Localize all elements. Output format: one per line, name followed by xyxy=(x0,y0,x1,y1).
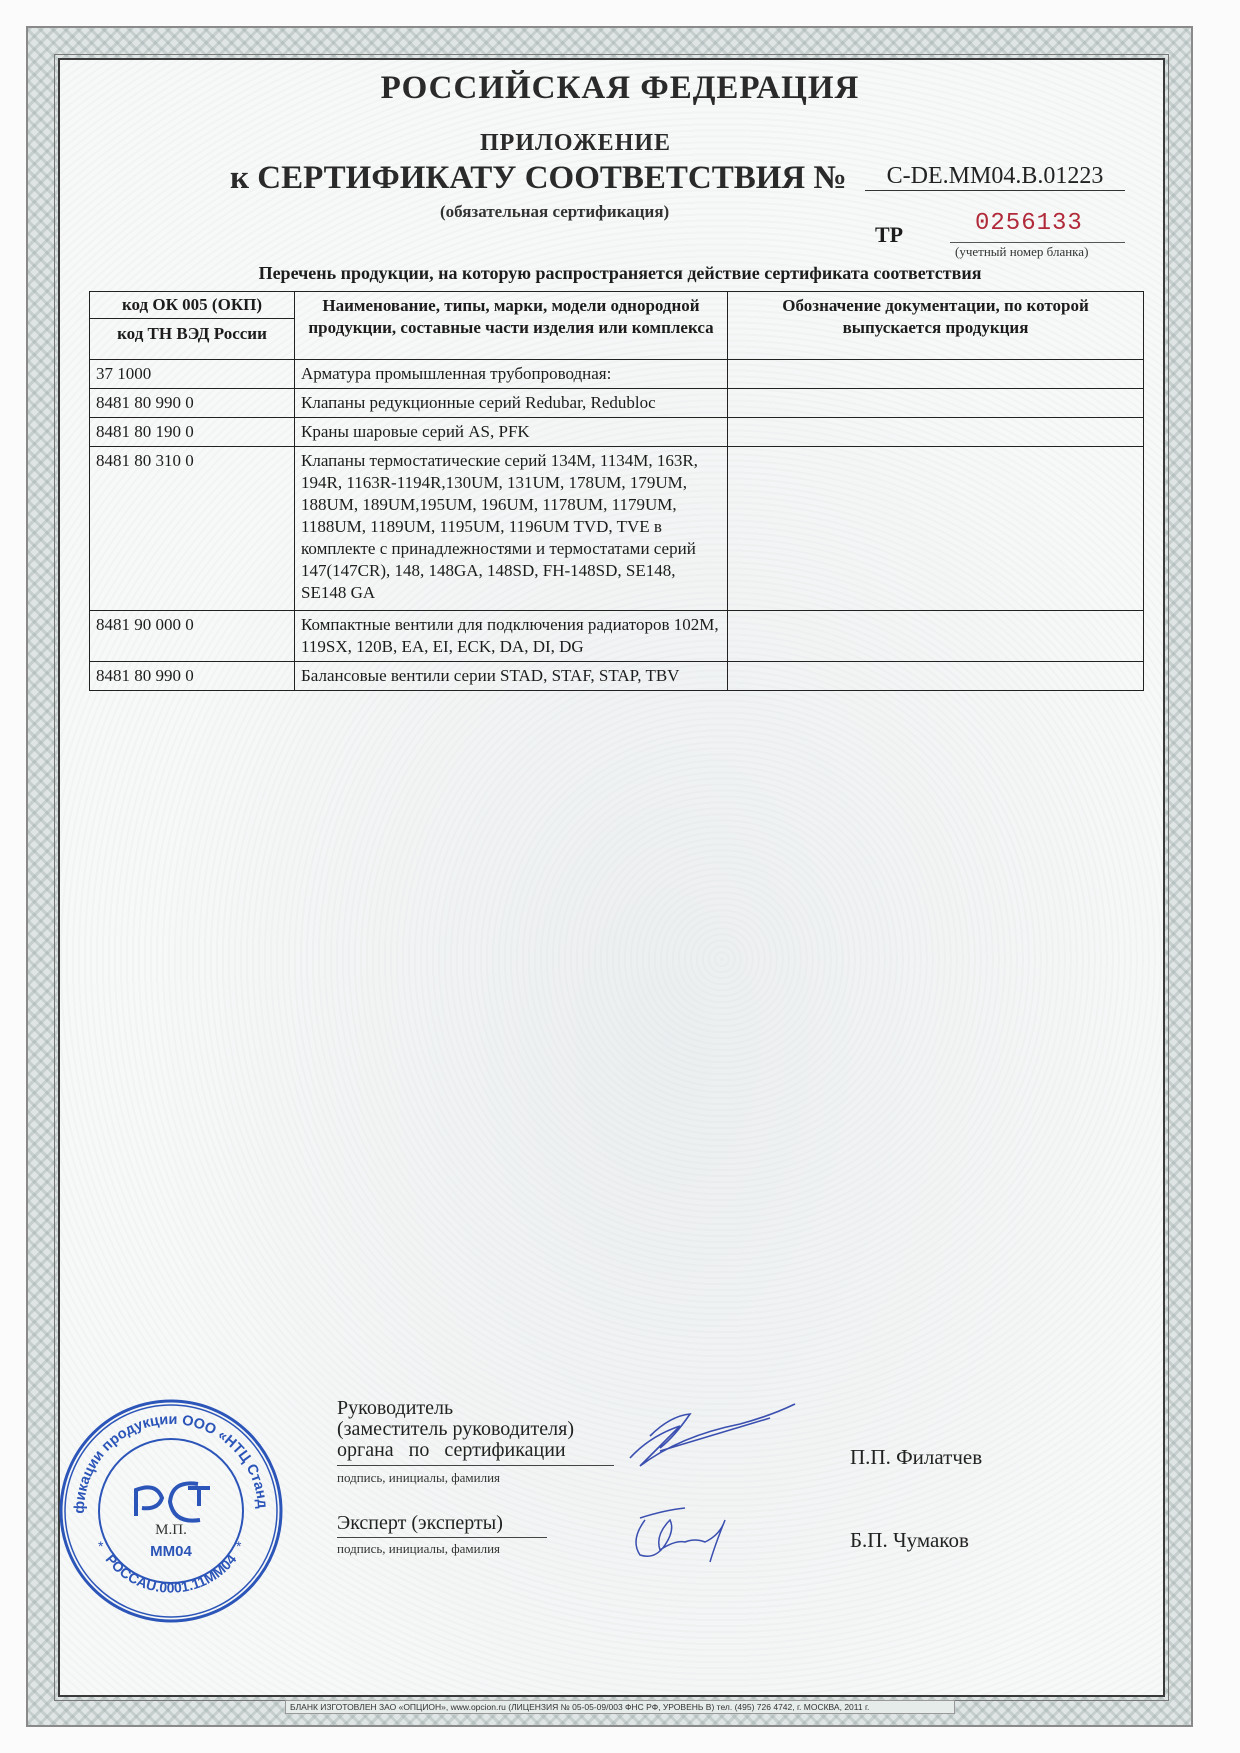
expert-caption: подпись, инициалы, фамилия xyxy=(337,1541,500,1557)
blank-number: 0256133 xyxy=(975,210,1083,237)
table-row: 8481 90 000 0Компактные вентили для подк… xyxy=(90,611,1144,662)
expert-name: Б.П. Чумаков xyxy=(850,1530,969,1551)
head-label-1: Руководитель xyxy=(337,1398,453,1419)
cell-name: Клапаны термостатические серий 134M, 113… xyxy=(295,447,728,611)
certificate-number: C-DE.MM04.B.01223 xyxy=(865,163,1125,191)
certification-type: (обязательная сертификация) xyxy=(440,202,669,222)
cell-doc xyxy=(728,611,1144,662)
svg-text:Орган по сертификации продукци: Орган по сертификации продукции ООО «НТЦ… xyxy=(58,1398,270,1514)
stamp-outer-text: Орган по сертификации продукции ООО «НТЦ… xyxy=(58,1398,270,1514)
table-row: 8481 80 310 0Клапаны термостатические се… xyxy=(90,447,1144,611)
cell-doc xyxy=(728,418,1144,447)
cell-code: 8481 80 310 0 xyxy=(90,447,295,611)
product-list-title: Перечень продукции, на которую распростр… xyxy=(0,263,1240,284)
certificate-heading: к СЕРТИФИКАТУ СООТВЕТСТВИЯ № xyxy=(230,160,847,197)
svg-text:*: * xyxy=(98,1538,104,1554)
cell-code: 37 1000 xyxy=(90,360,295,389)
cell-code: 8481 80 990 0 xyxy=(90,662,295,691)
header-name: Наименование, типы, марки, модели одноро… xyxy=(295,292,728,360)
table-row: 8481 80 990 0Клапаны редукционные серий … xyxy=(90,389,1144,418)
rst-logo-icon xyxy=(136,1483,210,1520)
blank-number-caption: (учетный номер бланка) xyxy=(955,244,1088,260)
head-label-3: органа по сертификации xyxy=(337,1440,566,1461)
cell-doc xyxy=(728,389,1144,418)
cell-name: Клапаны редукционные серий Redubar, Redu… xyxy=(295,389,728,418)
cell-doc xyxy=(728,447,1144,611)
head-caption: подпись, инициалы, фамилия xyxy=(337,1470,500,1486)
appendix-heading: ПРИЛОЖЕНИЕ xyxy=(480,130,671,157)
stamp-mp-label: М.П. xyxy=(155,1522,187,1538)
header-documentation: Обозначение документации, по которой вып… xyxy=(728,292,1144,360)
table-row: 8481 80 190 0Краны шаровые серий AS, PFK xyxy=(90,418,1144,447)
product-table: код ОК 005 (ОКП) Наименование, типы, мар… xyxy=(89,291,1144,691)
expert-label: Эксперт (эксперты) xyxy=(337,1513,503,1534)
cell-code: 8481 80 190 0 xyxy=(90,418,295,447)
cell-name: Компактные вентили для подключения радиа… xyxy=(295,611,728,662)
head-signature-line xyxy=(337,1465,614,1466)
head-signature xyxy=(620,1396,800,1476)
header-code-okp: код ОК 005 (ОКП) xyxy=(90,292,295,319)
head-label-2: (заместитель руководителя) xyxy=(337,1419,574,1440)
expert-signature xyxy=(625,1500,755,1570)
cell-code: 8481 80 990 0 xyxy=(90,389,295,418)
table-row: 37 1000Арматура промышленная трубопровод… xyxy=(90,360,1144,389)
certification-stamp: Орган по сертификации продукции ООО «НТЦ… xyxy=(58,1398,284,1624)
expert-signature-line xyxy=(337,1537,547,1538)
table-row: 8481 80 990 0Балансовые вентили серии ST… xyxy=(90,662,1144,691)
tp-label: ТР xyxy=(875,222,903,248)
header-code-tnved: код ТН ВЭД России xyxy=(90,319,295,360)
cell-name: Арматура промышленная трубопроводная: xyxy=(295,360,728,389)
blank-number-underline xyxy=(950,242,1125,243)
svg-text:*: * xyxy=(236,1538,242,1554)
form-imprint: БЛАНК ИЗГОТОВЛЕН ЗАО «ОПЦИОН», www.opcio… xyxy=(285,1700,955,1714)
cell-doc xyxy=(728,360,1144,389)
country-title: РОССИЙСКАЯ ФЕДЕРАЦИЯ xyxy=(0,70,1240,107)
cell-name: Балансовые вентили серии STAD, STAF, STA… xyxy=(295,662,728,691)
head-name: П.П. Филатчев xyxy=(850,1447,982,1468)
cell-doc xyxy=(728,662,1144,691)
cell-code: 8481 90 000 0 xyxy=(90,611,295,662)
cell-name: Краны шаровые серий AS, PFK xyxy=(295,418,728,447)
stamp-code: MM04 xyxy=(150,1543,192,1560)
